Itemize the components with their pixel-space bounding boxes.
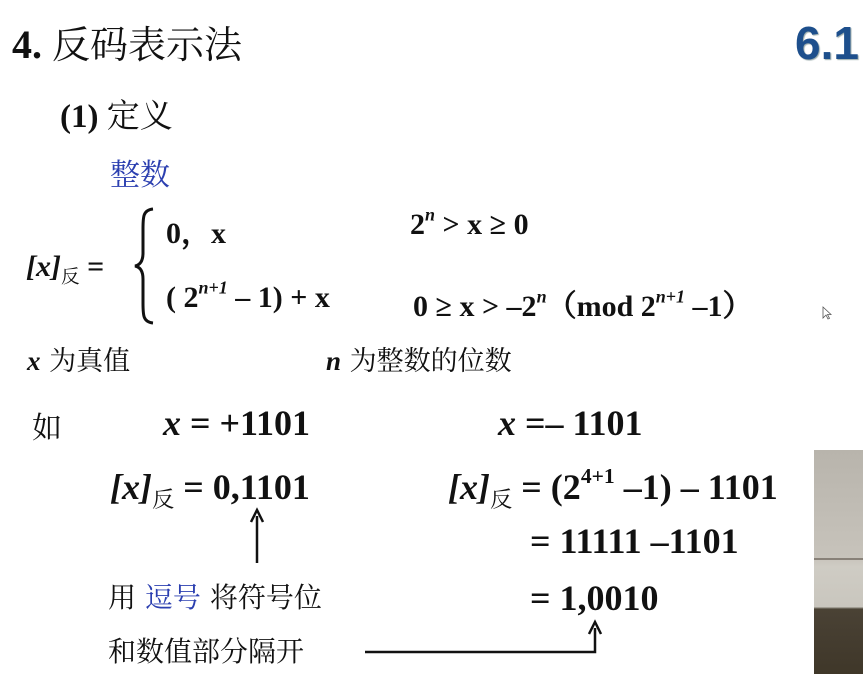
camera-inset xyxy=(814,450,863,674)
elbow-arrow-icon xyxy=(365,622,601,652)
mouse-cursor-icon xyxy=(822,306,832,320)
up-arrow-icon xyxy=(251,510,263,563)
annotation-arrows xyxy=(0,0,863,674)
